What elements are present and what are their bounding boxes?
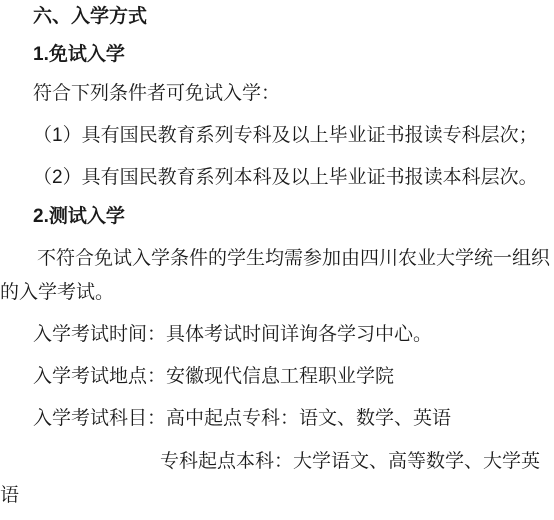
exam-paragraph-line-2: 的入学考试。 (0, 282, 554, 304)
exam-subjects-line-2: 专科起点本科：大学语文、高等数学、大学英 (0, 451, 554, 473)
subsection-2-heading: 2.测试入学 (0, 206, 554, 228)
exam-time: 入学考试时间：具体考试时间详询各学习中心。 (0, 324, 554, 346)
exam-subjects-line-1: 入学考试科目：高中起点专科：语文、数学、英语 (0, 408, 554, 430)
document-page: 六、入学方式1.免试入学符合下列条件者可免试入学：（1）具有国民教育系列专科及以… (0, 0, 554, 520)
exam-subjects-line-3: 语 (0, 485, 554, 507)
subsection-1-heading: 1.免试入学 (0, 44, 554, 66)
exam-paragraph-line-1: 不符合免试入学条件的学生均需参加由四川农业大学统一组织 (0, 248, 554, 270)
exemption-intro: 符合下列条件者可免试入学： (0, 83, 554, 105)
section-heading: 六、入学方式 (0, 6, 554, 28)
exemption-condition-2: （2）具有国民教育系列本科及以上毕业证书报读本科层次。 (0, 167, 554, 189)
exemption-condition-1: （1）具有国民教育系列专科及以上毕业证书报读专科层次； (0, 125, 554, 147)
exam-location: 入学考试地点：安徽现代信息工程职业学院 (0, 366, 554, 388)
